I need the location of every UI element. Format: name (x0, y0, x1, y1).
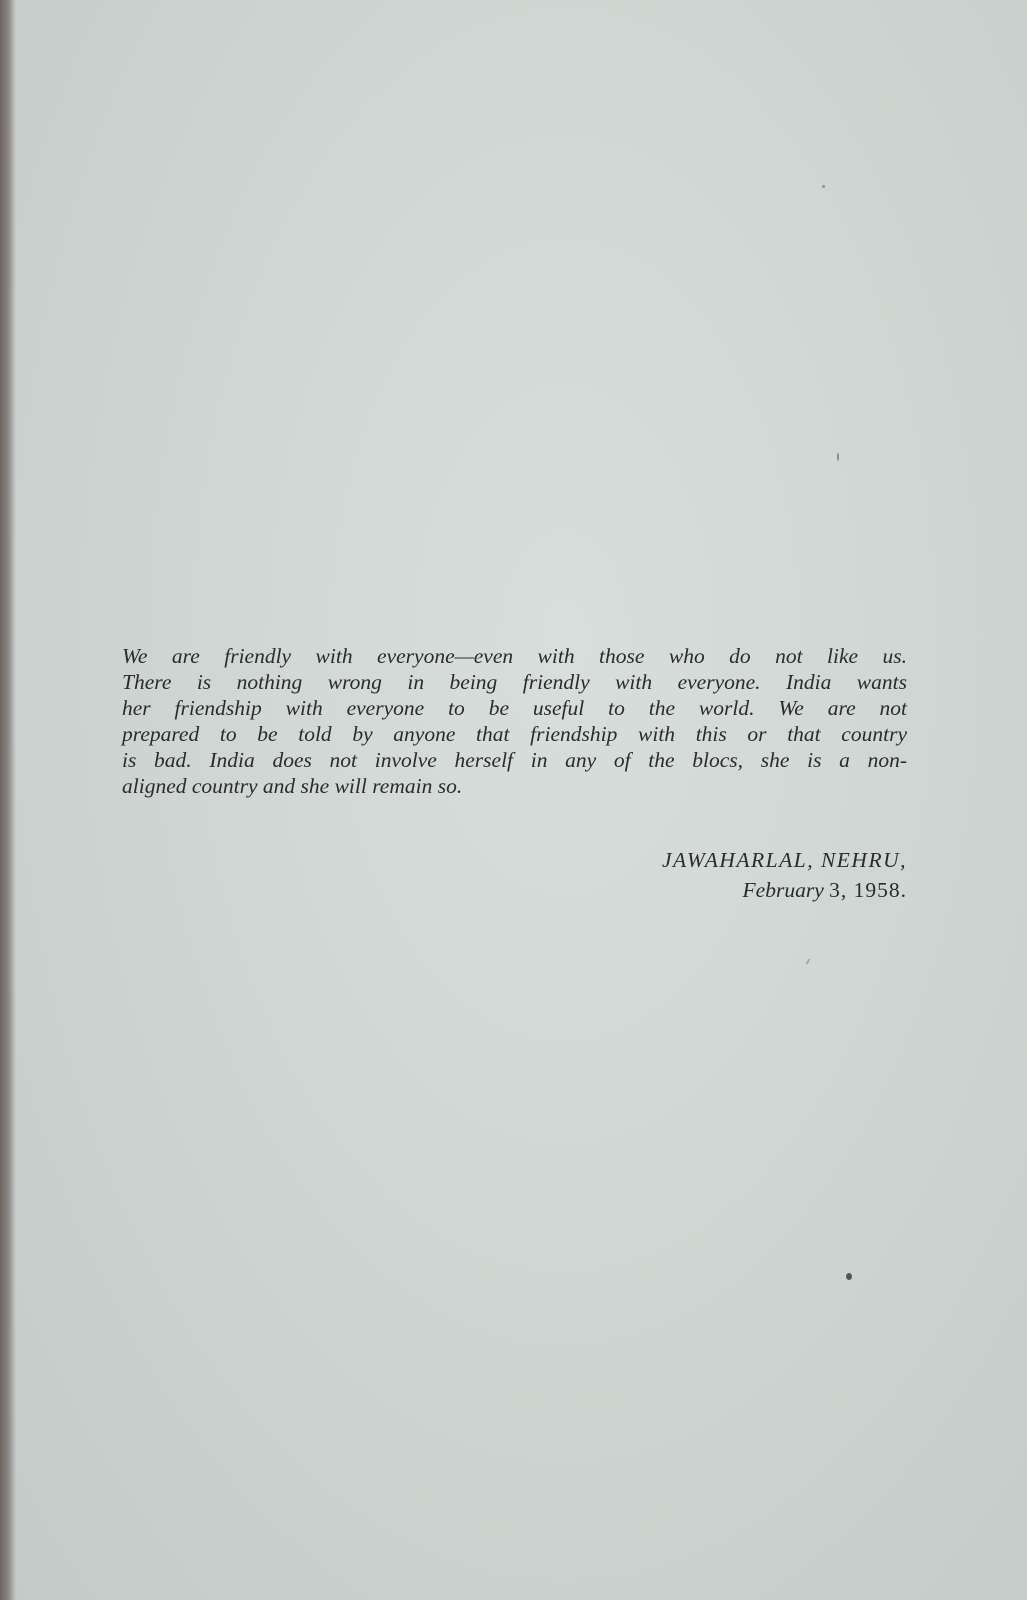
quote-line: prepared to be told by anyone that frien… (122, 721, 907, 747)
quote-line: There is nothing wrong in being friendly… (122, 669, 907, 695)
date-month: February (743, 878, 824, 902)
paper-speck (805, 958, 810, 965)
paper-speck (837, 453, 839, 461)
date-day-year: 3, 1958. (829, 878, 907, 902)
epigraph-quote: We are friendly with everyone—even with … (122, 643, 907, 799)
quote-line: her friendship with everyone to be usefu… (122, 695, 907, 721)
book-spine-edge (0, 0, 16, 1600)
quote-line: aligned country and she will remain so. (122, 773, 907, 799)
quote-line: We are friendly with everyone—even with … (122, 643, 907, 669)
quote-attribution: JAWAHARLAL, NEHRU, February 3, 1958. (662, 845, 907, 905)
author-name: JAWAHARLAL, NEHRU, (662, 845, 907, 875)
quote-date: February 3, 1958. (662, 875, 907, 905)
book-page: We are friendly with everyone—even with … (0, 0, 1027, 1600)
paper-speck (846, 1273, 852, 1280)
paper-speck (822, 185, 825, 188)
quote-line: is bad. India does not involve herself i… (122, 747, 907, 773)
